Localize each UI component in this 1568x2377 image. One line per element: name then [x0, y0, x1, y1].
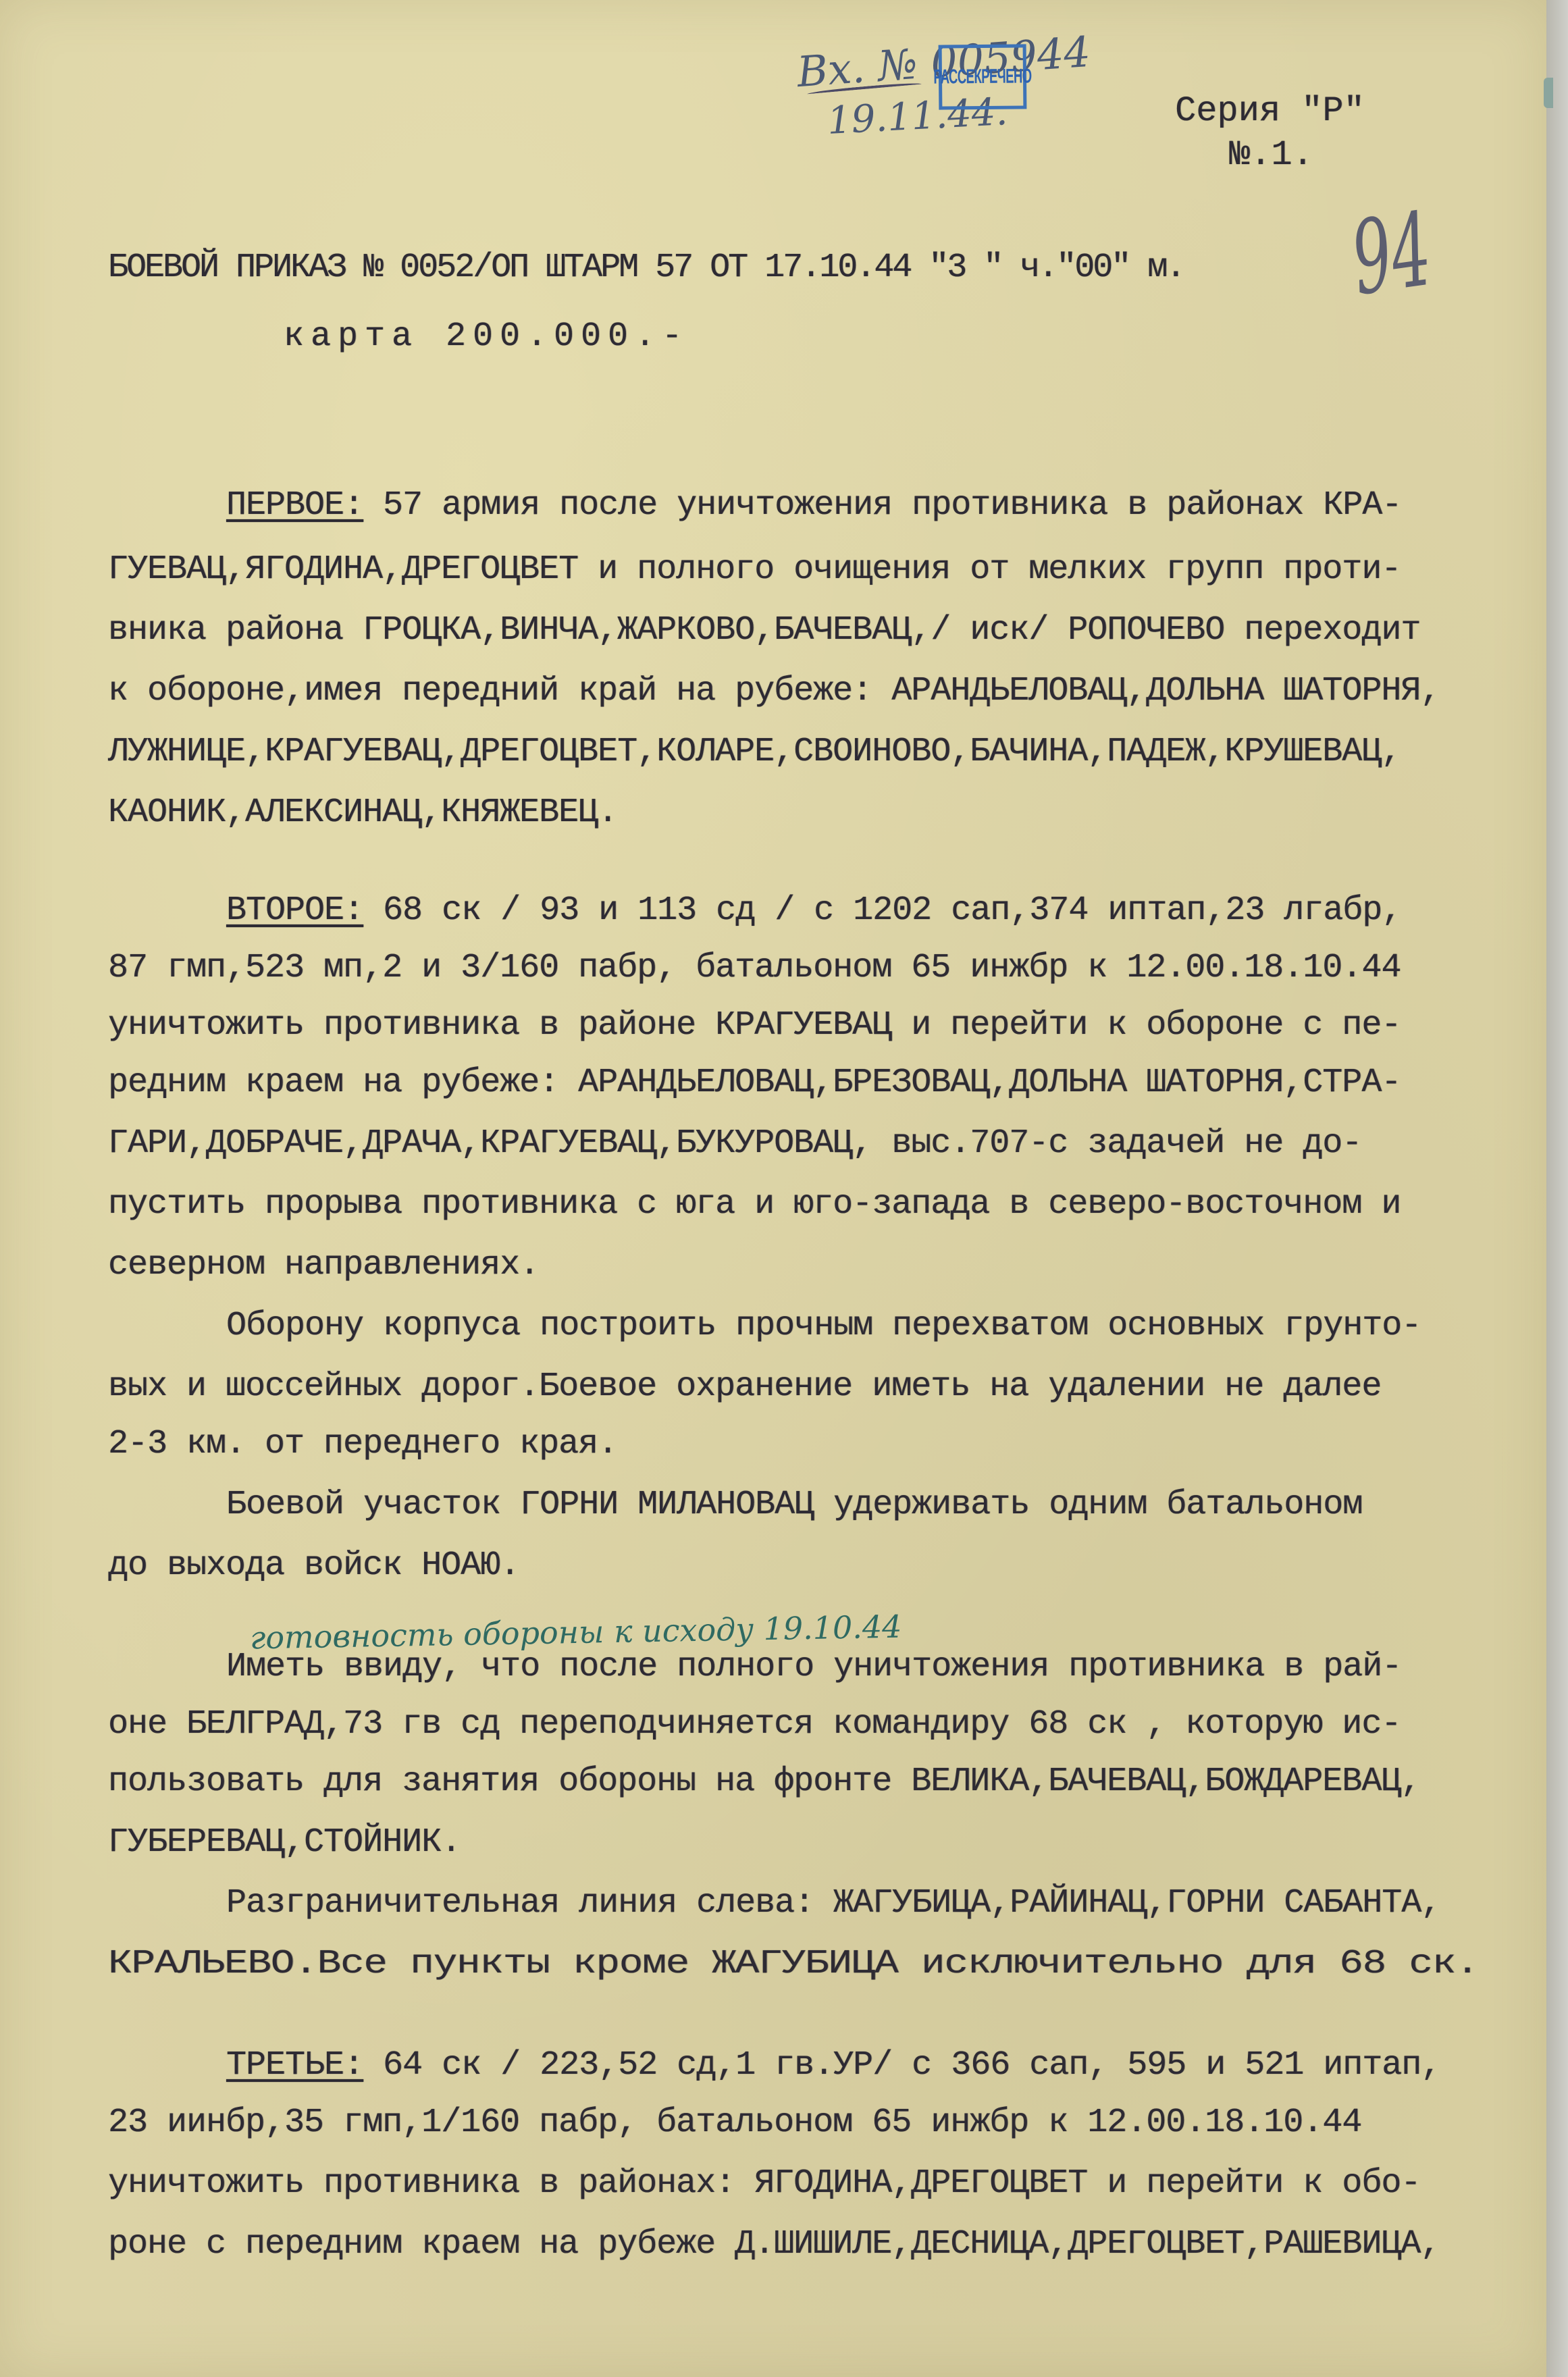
text-line: ЛУЖНИЦЕ,КРАГУЕВАЦ,ДРЕГОЦВЕТ,КОЛАРЕ,СВОИН…	[108, 733, 1401, 771]
text-line: ТРЕТЬЕ: 64 ск / 223,52 сд,1 гв.УР/ с 366…	[226, 2046, 1440, 2085]
text-line: до выхода войск НОАЮ.	[108, 1546, 519, 1585]
page-number: 94	[1345, 191, 1438, 318]
text-line: ГАРИ,ДОБРАЧЕ,ДРАЧА,КРАГУЕВАЦ,БУКУРОВАЦ, …	[108, 1124, 1361, 1163]
series-label: Серия "Р"	[1175, 91, 1365, 131]
text-line: КАОНИК,АЛЕКСИНАЦ,КНЯЖЕВЕЦ.	[108, 793, 617, 832]
text-line: уничтожить противника в районах: ЯГОДИНА…	[108, 2164, 1420, 2203]
edge-tab-mark	[1544, 78, 1553, 108]
map-scale: карта 200.000.-	[284, 317, 689, 356]
text-line: Разграничительная линия слева: ЖАГУБИЦА,…	[226, 1884, 1440, 1923]
text-line: ПЕРВОЕ: 57 армия после уничтожения проти…	[226, 486, 1401, 525]
text-line: редним краем на рубеже: АРАНДЬЕЛОВАЦ,БРЕ…	[108, 1064, 1401, 1102]
text-line: 23 иинбр,35 гмп,1/160 пабр, батальоном 6…	[108, 2104, 1361, 2142]
declassified-stamp: РАССЕКРЕЧЕНО	[939, 44, 1027, 109]
text-line: уничтожить противника в районе КРАГУЕВАЦ…	[108, 1006, 1401, 1045]
section-label: ТРЕТЬЕ:	[226, 2046, 363, 2085]
text-line: вых и шоссейных дорог.Боевое охранение и…	[108, 1367, 1381, 1406]
series-number: №.1.	[1229, 135, 1313, 175]
text-line: 2-3 км. от переднего края.	[108, 1425, 617, 1463]
text-line: 87 гмп,523 мп,2 и 3/160 пабр, батальоном…	[108, 949, 1401, 987]
text-line: пользовать для занятия обороны на фронте…	[108, 1762, 1420, 1801]
section-text: 64 ск / 223,52 сд,1 гв.УР/ с 366 сап, 59…	[363, 2046, 1440, 2085]
text-line: северном направлениях.	[108, 1246, 539, 1284]
text-line: пустить прорыва противника с юга и юго-з…	[108, 1185, 1401, 1224]
text-line: Боевой участок ГОРНИ МИЛАНОВАЦ удерживат…	[226, 1486, 1362, 1524]
text-line: ГУЕВАЦ,ЯГОДИНА,ДРЕГОЦВЕТ и полного очище…	[108, 550, 1401, 589]
order-title: БОЕВОЙ ПРИКАЗ № 0052/ОП ШТАРМ 57 ОТ 17.1…	[108, 249, 1184, 287]
scanner-edge	[1546, 0, 1568, 2377]
text-line: КРАЛЬЕВО.Все пункты кроме ЖАГУБИЦА исклю…	[108, 1945, 1479, 1983]
text-line: ВТОРОЕ: 68 ск / 93 и 113 сд / с 1202 сап…	[226, 891, 1401, 930]
text-line: ГУБЕРЕВАЦ,СТОЙНИК.	[108, 1823, 461, 1862]
text-line: Оборону корпуса построить прочным перехв…	[226, 1307, 1421, 1345]
section-text: 57 армия после уничтожения противника в …	[363, 486, 1401, 525]
section-text: 68 ск / 93 и 113 сд / с 1202 сап,374 ипт…	[363, 891, 1401, 930]
text-line: оне БЕЛГРАД,73 гв сд переподчиняется ком…	[108, 1705, 1401, 1744]
text-line: роне с передним краем на рубеже Д.ШИШИЛЕ…	[108, 2225, 1440, 2264]
text-line: вника района ГРОЦКА,ВИНЧА,ЖАРКОВО,БАЧЕВА…	[108, 611, 1420, 650]
text-line: к обороне,имея передний край на рубеже: …	[108, 672, 1440, 710]
stamp-text: РАССЕКРЕЧЕНО	[933, 65, 1031, 88]
text-line: Иметь ввиду, что после полного уничтожен…	[226, 1648, 1401, 1686]
section-label: ВТОРОЕ:	[226, 891, 363, 930]
section-label: ПЕРВОЕ:	[226, 486, 363, 525]
